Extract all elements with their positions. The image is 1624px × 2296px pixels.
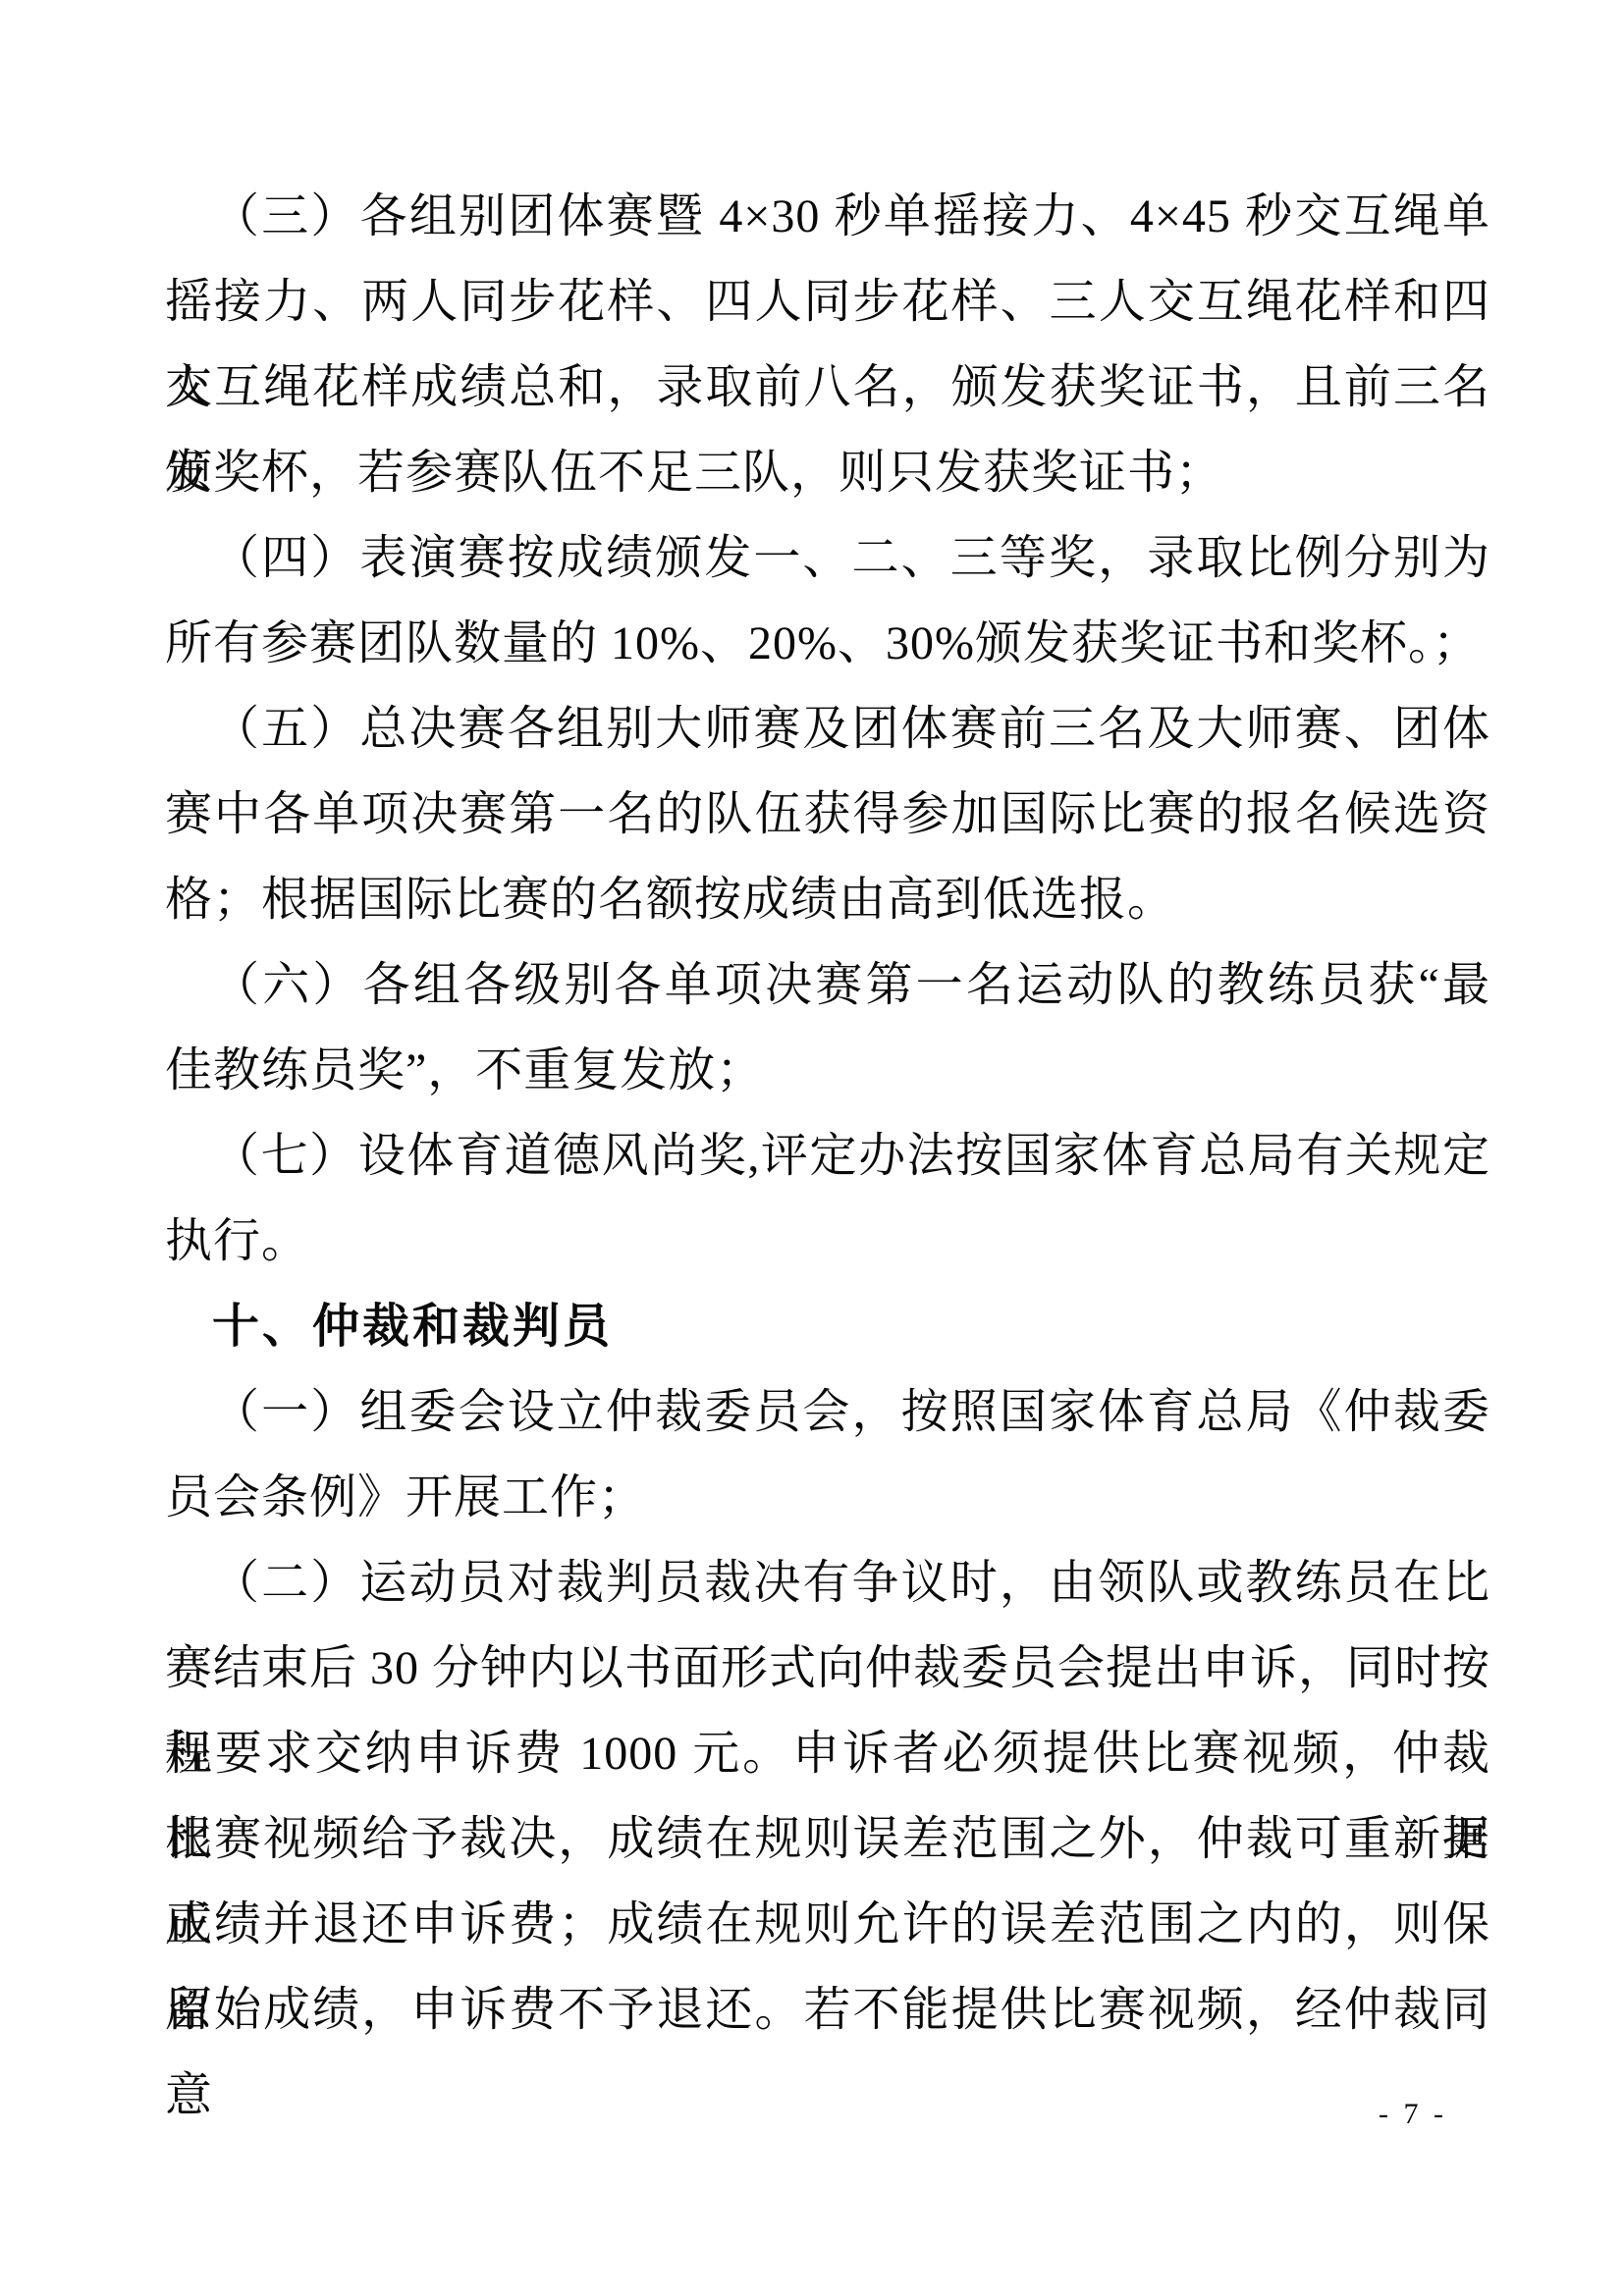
text-line: 交互绳花样成绩总和，录取前八名，颁发获奖证书，且前三名颁: [165, 345, 1490, 430]
document-body: （三）各组别团体赛暨 4×30 秒单摇接力、4×45 秒交互绳单 摇接力、两人同…: [165, 174, 1490, 2053]
document-page: （三）各组别团体赛暨 4×30 秒单摇接力、4×45 秒交互绳单 摇接力、两人同…: [0, 0, 1624, 2296]
text-line: 程要求交纳申诉费 1000 元。申诉者必须提供比赛视频，仲裁根据: [165, 1711, 1490, 1796]
text-line: （六）各组各级别各单项决赛第一名运动队的教练员获“最: [165, 942, 1490, 1028]
text-line: 摇接力、两人同步花样、四人同步花样、三人交互绳花样和四人: [165, 259, 1490, 345]
text-line: 发奖杯，若参赛队伍不足三队，则只发获奖证书；: [165, 430, 1490, 515]
text-line: 原始成绩，申诉费不予退还。若不能提供比赛视频，经仲裁同意: [165, 1967, 1490, 2053]
text-line: 执行。: [165, 1199, 1490, 1284]
text-line: 员会条例》开展工作；: [165, 1455, 1490, 1540]
text-line: 赛结束后 30 分钟内以书面形式向仲裁委员会提出申诉，同时按规: [165, 1626, 1490, 1711]
text-line: 赛中各单项决赛第一名的队伍获得参加国际比赛的报名候选资: [165, 772, 1490, 857]
text-line: （七）设体育道德风尚奖,评定办法按国家体育总局有关规定: [165, 1113, 1490, 1199]
text-line: （三）各组别团体赛暨 4×30 秒单摇接力、4×45 秒交互绳单: [165, 174, 1490, 259]
text-line: 成绩并退还申诉费；成绩在规则允许的误差范围之内的，则保留: [165, 1882, 1490, 1967]
text-line: （一）组委会设立仲裁委员会，按照国家体育总局《仲裁委: [165, 1369, 1490, 1455]
text-line: 佳教练员奖”，不重复发放；: [165, 1028, 1490, 1113]
page-number: - 7 -: [1379, 2097, 1447, 2132]
text-line: 格；根据国际比赛的名额按成绩由高到低选报。: [165, 857, 1490, 942]
text-line: （四）表演赛按成绩颁发一、二、三等奖，录取比例分别为: [165, 515, 1490, 601]
section-heading-arbitration: 十、仲裁和裁判员: [165, 1284, 1490, 1369]
text-line: 所有参赛团队数量的 10%、20%、30%颁发获奖证书和奖杯。；: [165, 601, 1490, 686]
text-line: （二）运动员对裁判员裁决有争议时，由领队或教练员在比: [165, 1540, 1490, 1626]
text-line: 比赛视频给予裁决，成绩在规则误差范围之外，仲裁可重新更正: [165, 1796, 1490, 1882]
text-line: （五）总决赛各组别大师赛及团体赛前三名及大师赛、团体: [165, 686, 1490, 772]
